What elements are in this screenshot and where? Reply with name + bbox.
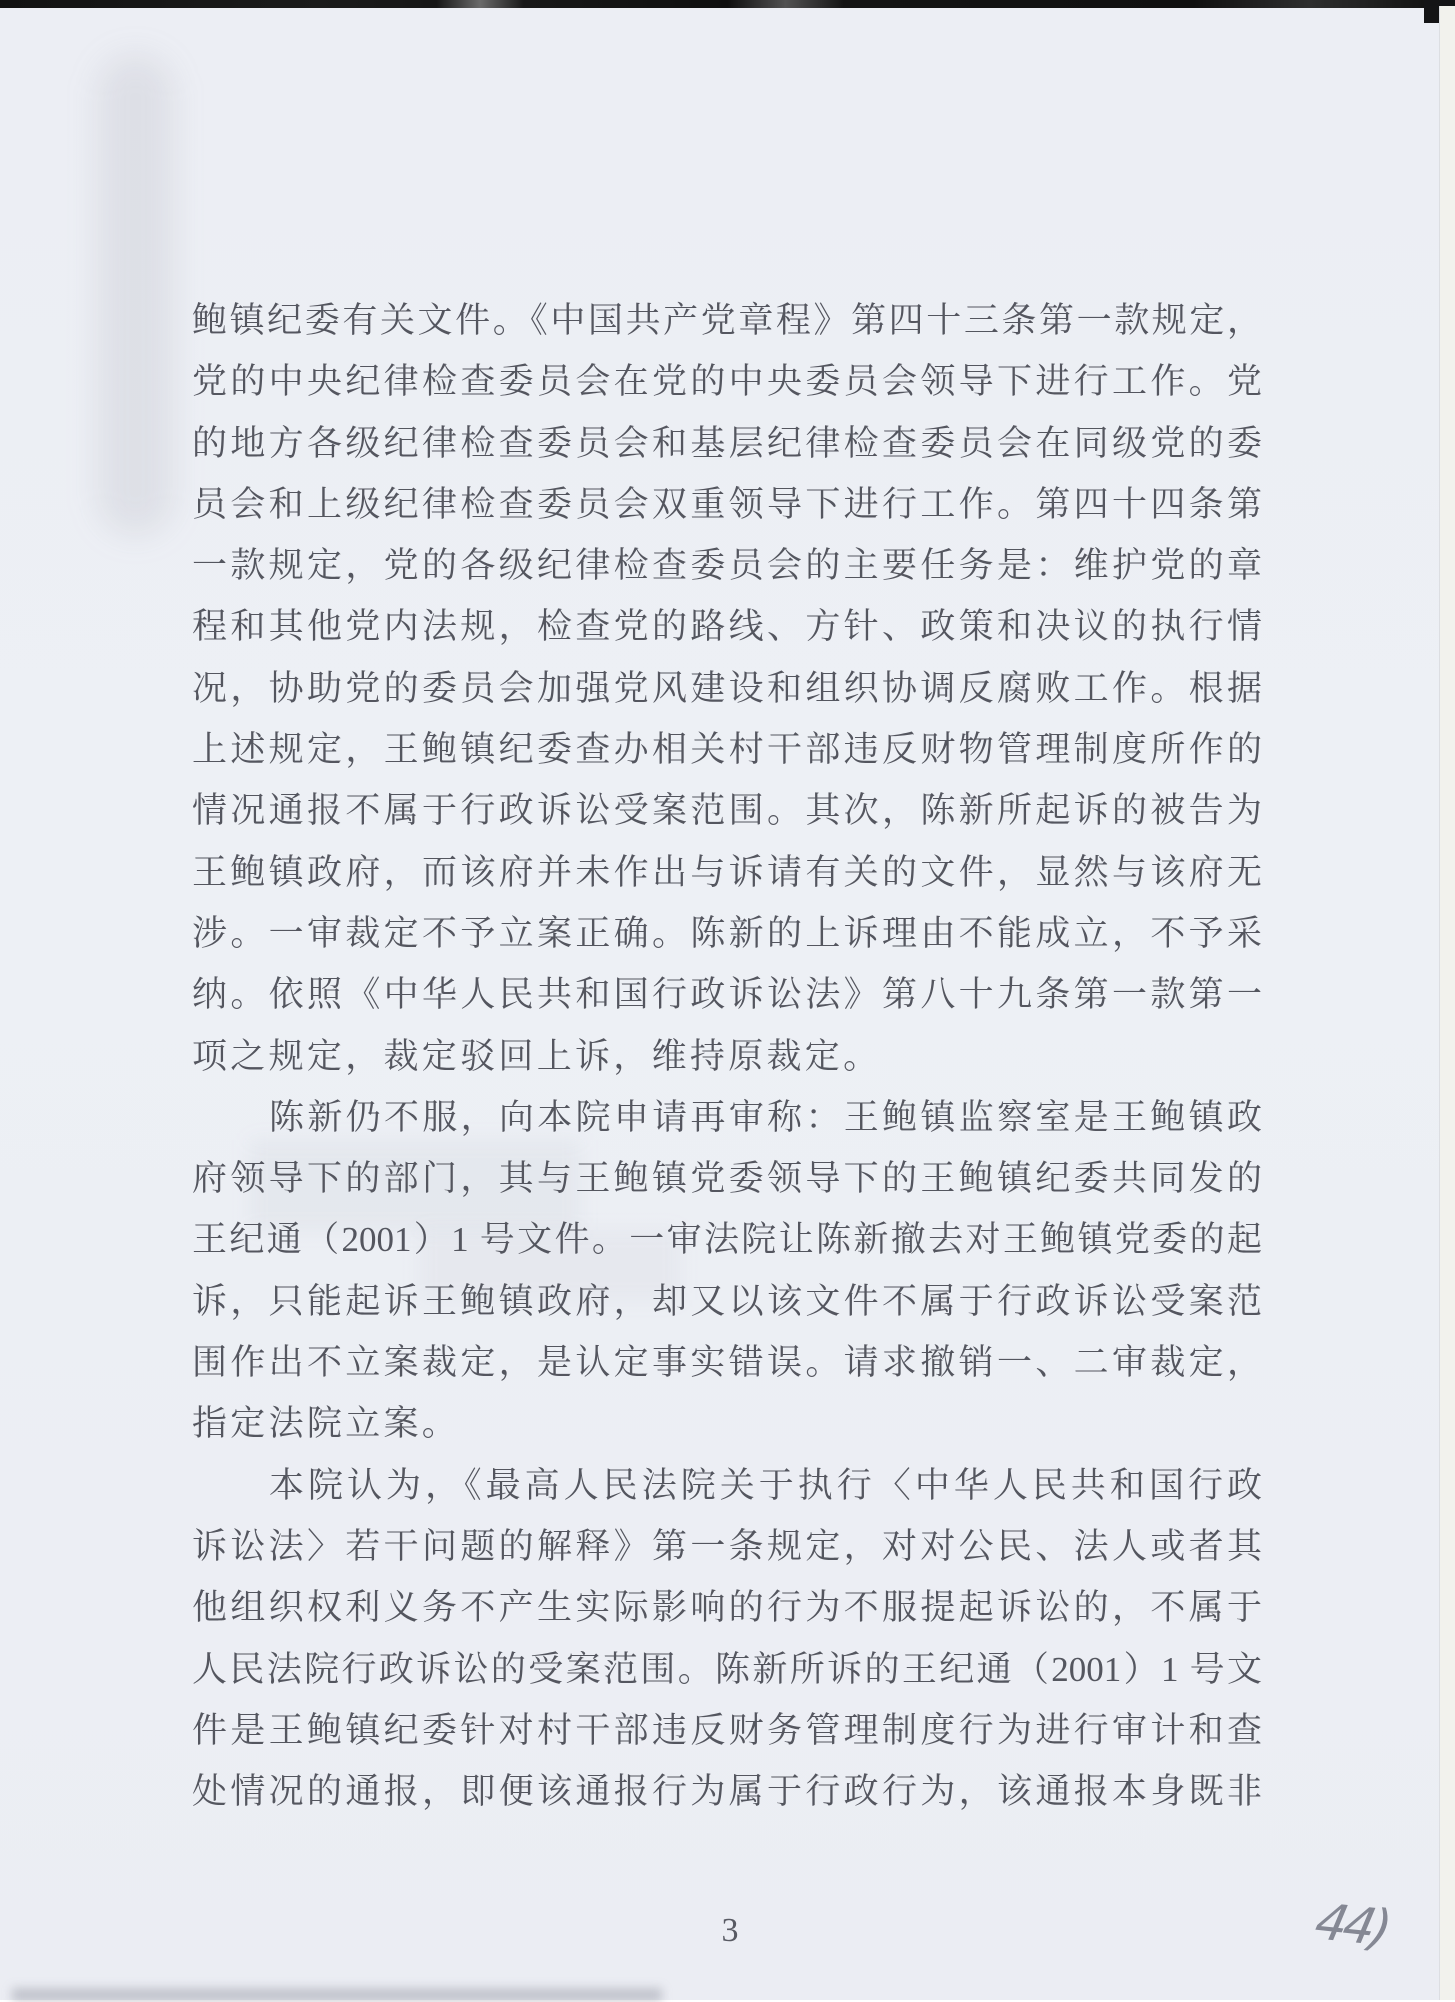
text-line: 的地方各级纪律检查委员会和基层纪律检查委员会在同级党的委 [192, 413, 1262, 474]
scan-edge-top [0, 0, 1455, 8]
text-line: 情况通报不属于行政诉讼受案范围。其次，陈新所起诉的被告为 [192, 780, 1262, 841]
text-line: 陈新仍不服，向本院申请再审称：王鲍镇监察室是王鲍镇政 [192, 1087, 1262, 1148]
text-line: 诉，只能起诉王鲍镇政府，却又以该文件不属于行政诉讼受案范 [192, 1271, 1262, 1332]
text-line: 员会和上级纪律检查委员会双重领导下进行工作。第四十四条第 [192, 474, 1262, 535]
text-line: 王纪通（2001）1 号文件。一审法院让陈新撤去对王鲍镇党委的起 [192, 1209, 1262, 1270]
text-line: 人民法院行政诉讼的受案范围。陈新所诉的王纪通（2001）1 号文 [192, 1639, 1262, 1700]
scan-smudge-bottom [12, 1988, 662, 2000]
text-line: 项之规定，裁定驳回上诉，维持原裁定。 [192, 1026, 1262, 1087]
text-line: 纳。依照《中华人民共和国行政诉讼法》第八十九条第一款第一 [192, 964, 1262, 1025]
scan-smudge-left [98, 55, 173, 535]
text-line: 王鲍镇政府，而该府并未作出与诉请有关的文件，显然与该府无 [192, 842, 1262, 903]
text-line: 他组织权利义务不产生实际影响的行为不服提起诉讼的，不属于 [192, 1577, 1262, 1638]
text-line: 处情况的通报，即便该通报行为属于行政行为，该通报本身既非 [192, 1761, 1262, 1822]
text-line: 上述规定，王鲍镇纪委查办相关村干部违反财物管理制度所作的 [192, 719, 1262, 780]
text-line: 程和其他党内法规，检查党的路线、方针、政策和决议的执行情 [192, 596, 1262, 657]
text-line: 件是王鲍镇纪委针对村干部违反财务管理制度行为进行审计和查 [192, 1700, 1262, 1761]
text-line: 况，协助党的委员会加强党风建设和组织协调反腐败工作。根据 [192, 658, 1262, 719]
text-line: 指定法院立案。 [192, 1393, 1262, 1454]
page-number: 3 [698, 1912, 762, 1950]
text-line: 一款规定，党的各级纪律检查委员会的主要任务是：维护党的章 [192, 535, 1262, 596]
text-line: 鲍镇纪委有关文件。《中国共产党章程》第四十三条第一款规定， [192, 290, 1262, 351]
text-line: 府领导下的部门，其与王鲍镇党委领导下的王鲍镇纪委共同发的 [192, 1148, 1262, 1209]
handwritten-note: 44) [1310, 1893, 1393, 1957]
text-line: 涉。一审裁定不予立案正确。陈新的上诉理由不能成立，不予采 [192, 903, 1262, 964]
text-line: 诉讼法〉若干问题的解释》第一条规定，对对公民、法人或者其 [192, 1516, 1262, 1577]
text-line: 党的中央纪律检查委员会在党的中央委员会领导下进行工作。党 [192, 351, 1262, 412]
document-body: 鲍镇纪委有关文件。《中国共产党章程》第四十三条第一款规定，党的中央纪律检查委员会… [192, 290, 1262, 1822]
scanned-page: 鲍镇纪委有关文件。《中国共产党章程》第四十三条第一款规定，党的中央纪律检查委员会… [0, 0, 1455, 2000]
text-line: 本院认为，《最高人民法院关于执行〈中华人民共和国行政 [192, 1455, 1262, 1516]
scan-edge-right [1439, 6, 1455, 2000]
text-line: 围作出不立案裁定，是认定事实错误。请求撤销一、二审裁定， [192, 1332, 1262, 1393]
